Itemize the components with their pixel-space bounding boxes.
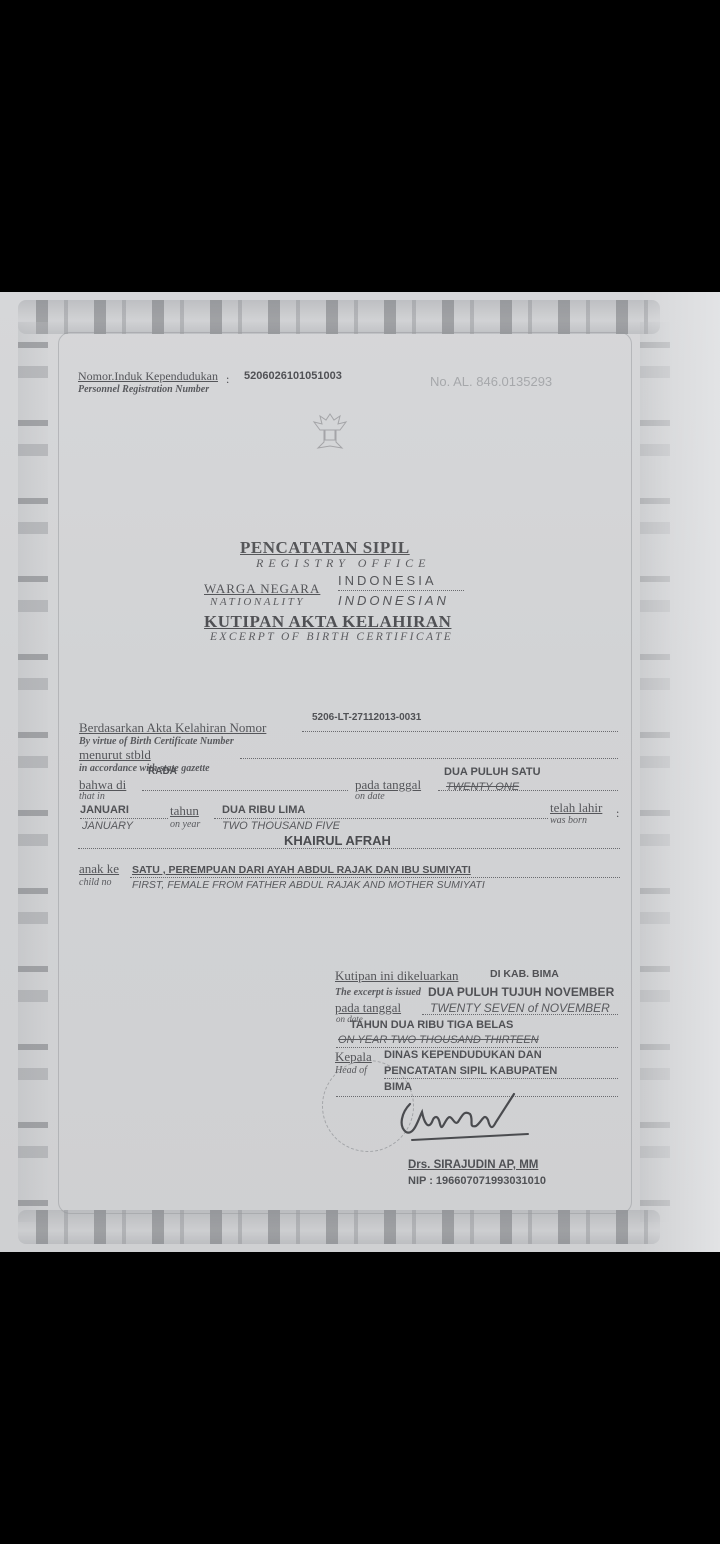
decorative-border-right [640, 322, 670, 1222]
head-value-line2: PENCATATAN SIPIL KABUPATEN [384, 1065, 557, 1077]
certificate-title: KUTIPAN AKTA KELAHIRAN [204, 612, 451, 632]
born-colon: : [616, 806, 619, 821]
certificate-number-label-en: By virtue of Birth Certificate Number [79, 736, 234, 747]
child-info-value-en: FIRST, FEMALE FROM FATHER ABDUL RAJAK AN… [132, 879, 485, 891]
registration-label-en: Personnel Registration Number [78, 384, 209, 395]
office-title: PENCATATAN SIPIL [240, 538, 410, 558]
child-name: KHAIRUL AFRAH [284, 833, 391, 848]
year-label-en: on year [170, 819, 200, 830]
garuda-emblem-icon [306, 408, 354, 456]
certificate-number-label: Berdasarkan Akta Kelahiran Nomor [79, 720, 266, 736]
signatory-name: Drs. SIRAJUDIN AP, MM [408, 1159, 538, 1171]
nationality-label-en: NATIONALITY [210, 596, 305, 608]
child-info-value: SATU , PEREMPUAN DARI AYAH ABDUL RAJAK D… [132, 864, 471, 876]
place-value: RADA [148, 766, 177, 777]
certificate-content: Nomor.Induk Kependudukan Personnel Regis… [0, 292, 720, 1252]
year-label: tahun [170, 803, 199, 819]
place-label-en: that in [79, 791, 105, 802]
gazette-label-en: in accordance with state gazette [79, 763, 210, 774]
certificate-title-en: EXCERPT OF BIRTH CERTIFICATE [210, 631, 453, 643]
issued-value: DI KAB. BIMA [490, 968, 559, 980]
nationality-label: WARGA NEGARA [204, 581, 320, 597]
issued-label-en: The excerpt is issued [335, 987, 421, 998]
date-label-en: on date [355, 791, 385, 802]
child-no-label-en: child no [79, 877, 112, 888]
nationality-value-en: INDONESIAN [338, 593, 449, 608]
nationality-value: INDONESIA [338, 573, 437, 588]
office-title-en: REGISTRY OFFICE [256, 556, 430, 571]
gazette-label: menurut stbld [79, 747, 151, 763]
issue-date-value: DUA PULUH TUJUH NOVEMBER [428, 985, 614, 999]
issue-date-value-en: TWENTY SEVEN of NOVEMBER [430, 1001, 610, 1015]
issued-label: Kutipan ini dikeluarkan [335, 968, 458, 984]
date-value-en: TWENTY ONE [446, 781, 519, 793]
year-value: DUA RIBU LIMA [222, 804, 305, 816]
born-label: telah lahir [550, 800, 602, 816]
head-value-line1: DINAS KEPENDUDUKAN DAN [384, 1049, 542, 1061]
month-value-en: JANUARY [82, 820, 133, 832]
issue-year-value: TAHUN DUA RIBU TIGA BELAS [350, 1019, 513, 1031]
registration-colon: : [226, 372, 229, 387]
registration-label: Nomor.Induk Kependudukan [78, 369, 218, 384]
date-value: DUA PULUH SATU [444, 766, 541, 778]
registration-value: 5206026101051003 [244, 370, 342, 382]
month-value: JANUARI [80, 804, 129, 816]
born-label-en: was born [550, 815, 587, 826]
child-no-label: anak ke [79, 861, 119, 877]
certificate-number-value: 5206-LT-27112013-0031 [312, 712, 421, 723]
year-value-en: TWO THOUSAND FIVE [222, 820, 340, 832]
signatory-nip: NIP : 196607071993031010 [408, 1175, 546, 1187]
signature-icon [392, 1092, 532, 1148]
certificate-paper: Nomor.Induk Kependudukan Personnel Regis… [0, 292, 720, 1252]
issue-year-value-en: ON YEAR TWO THOUSAND THIRTEEN [338, 1034, 539, 1046]
serial-number: No. AL. 846.0135293 [430, 374, 552, 389]
